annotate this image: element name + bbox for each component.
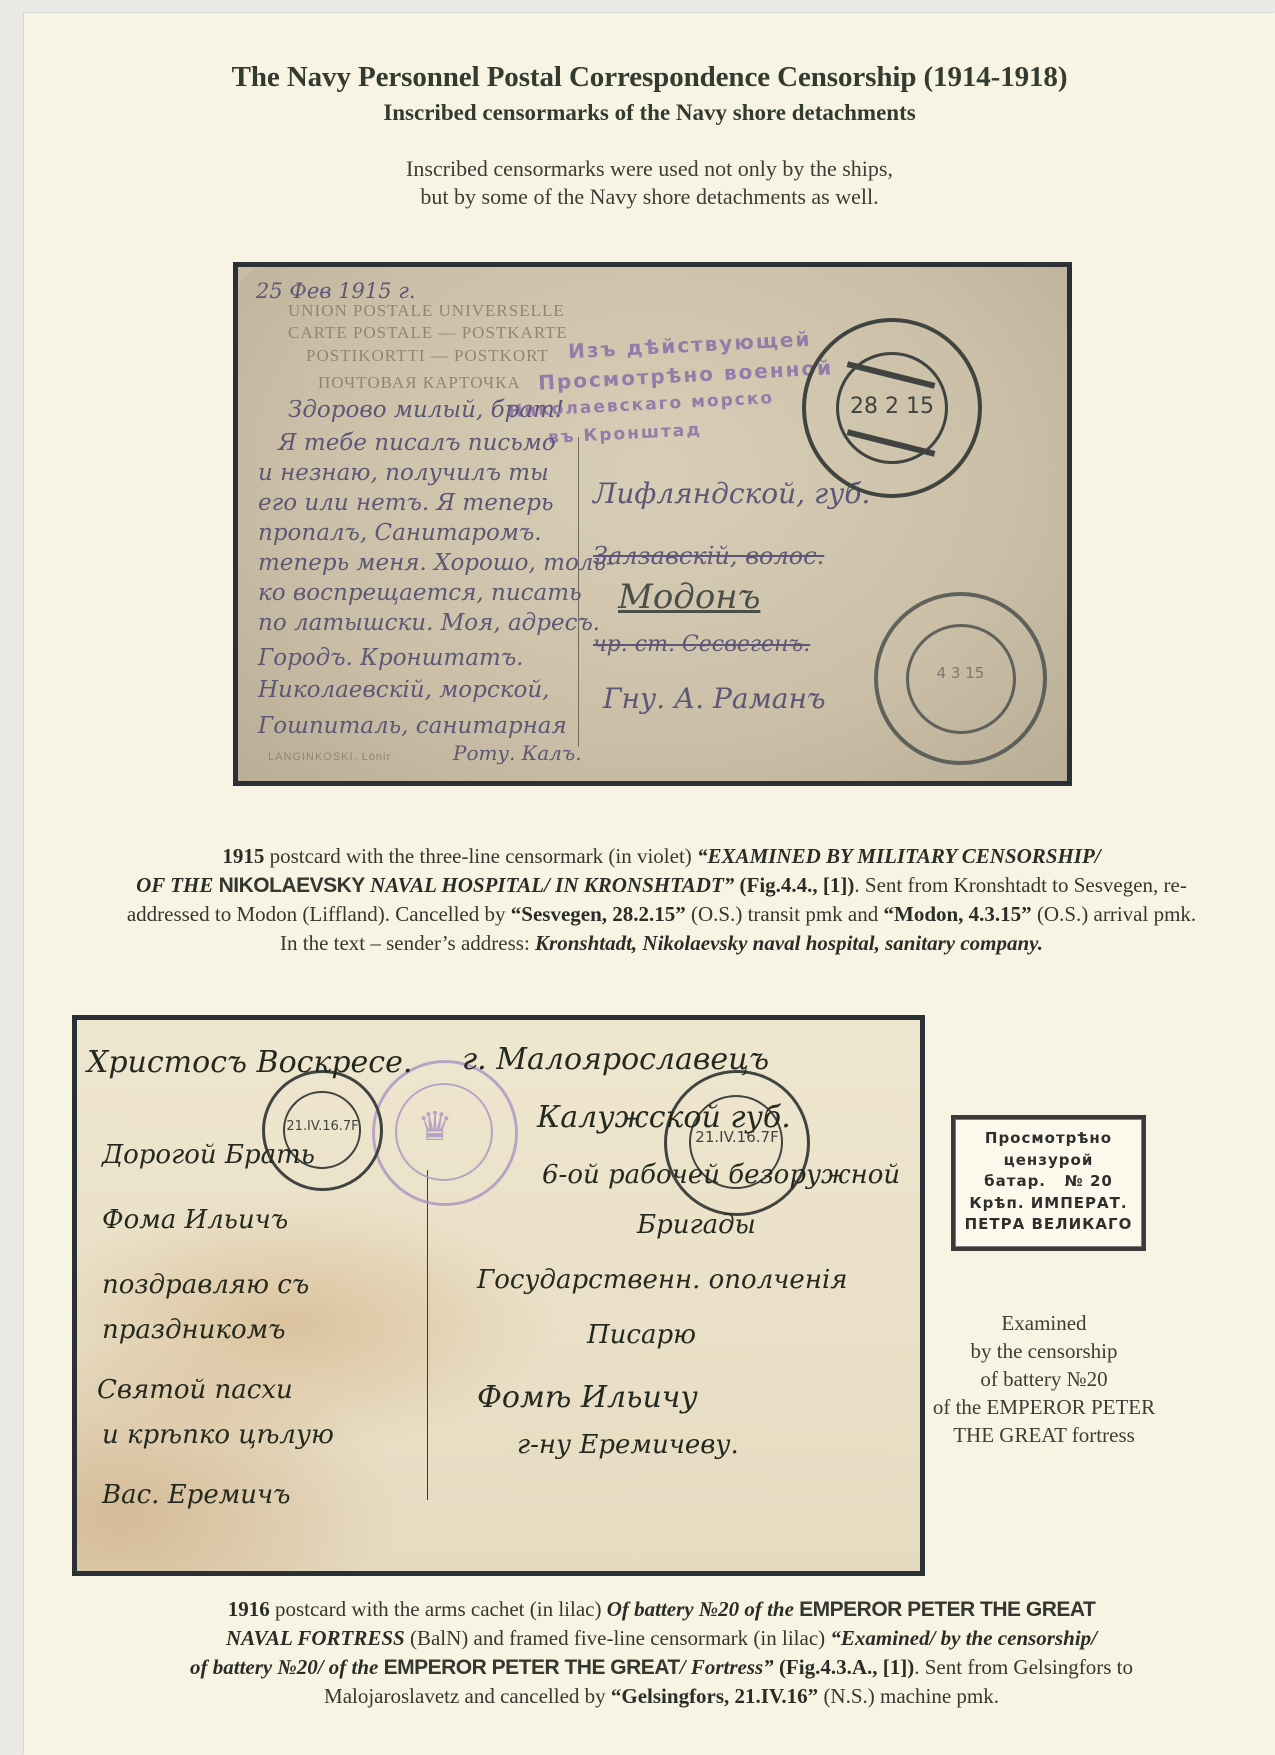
postcard-1915-image: 25 Фев 1915 г. UNION POSTALE UNIVERSELLE… [233,262,1072,786]
intro-text: Inscribed censormarks were used not only… [24,155,1275,211]
transit-postmark: 28 2 15 [802,318,982,498]
page-title: The Navy Personnel Postal Correspondence… [24,61,1275,94]
page-subtitle: Inscribed censormarks of the Navy shore … [24,100,1275,126]
caption-1916: 1916 postcard with the arms cachet (in l… [124,1595,1199,1711]
arrival-postmark: 4 3 15 [874,592,1047,765]
album-page: The Navy Personnel Postal Correspondence… [24,13,1275,1755]
censormark-translation: Examined by the censorship of battery №2… [904,1309,1184,1449]
censormark-illustration: Просмотрѣно цензурой батар. № 20 Крѣп. И… [951,1115,1146,1251]
postcard-1916-image: ♛ 21.IV.16.7F 21.IV.16.7F Христосъ Воскр… [72,1015,925,1576]
caption-1915: 1915 postcard with the three-line censor… [124,842,1199,958]
machine-postmark-left: 21.IV.16.7F [262,1070,383,1191]
machine-postmark-right: 21.IV.16.7F [664,1070,810,1216]
arms-cachet: ♛ [372,1060,518,1206]
handwritten-date: 25 Фев 1915 г. [256,279,416,303]
publisher-imprint: LANGINKOSKI. Lönir [268,751,391,763]
